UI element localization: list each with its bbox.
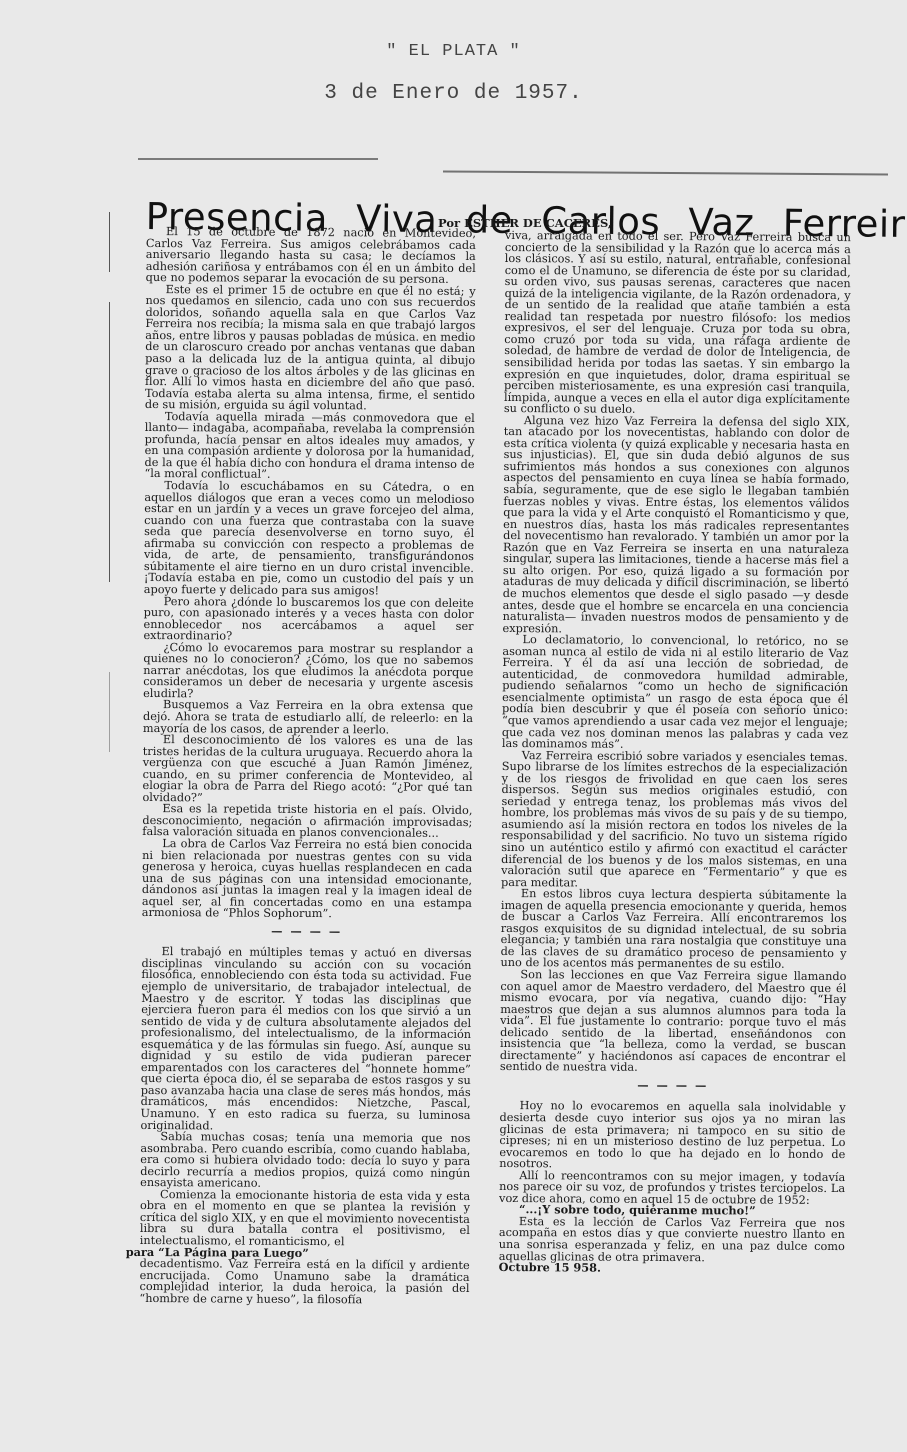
margin-mark <box>109 672 110 752</box>
paragraph: Sabía muchas cosas; tenía una memoria qu… <box>140 1131 470 1191</box>
paragraph: decadentismo. Vaz Ferreira está en la di… <box>139 1258 469 1306</box>
paragraph: Comienza la emocionante historia de esta… <box>140 1189 470 1249</box>
margin-mark <box>109 212 110 272</box>
paragraph: Todavía aquella mirada —más conmovedora … <box>144 411 474 482</box>
paragraph: Pero ahora ¿dónde lo buscaremos los que … <box>143 595 473 643</box>
paragraph: El trabajó en múltiples temas y actuó en… <box>140 946 471 1133</box>
top-rule-right <box>443 170 888 175</box>
article-signature-date: Octubre 15 958. <box>499 1262 845 1276</box>
paragraph: Este es el primer 15 de octubre en que é… <box>145 284 476 413</box>
paragraph: viva, arraigada en todo el ser. Pero Vaz… <box>504 230 851 417</box>
paragraph: Son las lecciones en que Vaz Ferreira si… <box>500 969 847 1075</box>
top-rule-left <box>138 158 378 160</box>
section-separator: — — — — <box>500 1079 846 1093</box>
paragraph: Busquemos a Vaz Ferreira en la obra exte… <box>143 699 473 736</box>
paragraph: Allí lo reencontramos con su mejor image… <box>499 1170 845 1207</box>
left-column: El 15 de octubre de 1872 nació en Montev… <box>139 226 476 1306</box>
newspaper-clipping: Presencia Viva de Carlos Vaz Ferreira Po… <box>108 152 898 1422</box>
paragraph: Esa es la repetida triste historia en el… <box>142 803 472 840</box>
paragraph: En estos libros cuya lectura despierta s… <box>500 888 846 971</box>
right-column: viva, arraigada en todo el ser. Pero Vaz… <box>499 230 851 1276</box>
paragraph: ¿Cómo lo evocaremos para mostrar su resp… <box>143 642 473 702</box>
paragraph: El 15 de octubre de 1872 nació en Montev… <box>146 226 476 286</box>
paragraph: Vaz Ferreira escribió sobre variados y e… <box>501 750 848 891</box>
paragraph: Lo declamatorio, lo convencional, lo ret… <box>502 634 849 752</box>
typed-header-date: 3 de Enero de 1957. <box>0 82 907 105</box>
paragraph: Todavía lo escuchábamos en su Cátedra, o… <box>144 480 475 597</box>
paragraph: La obra de Carlos Vaz Ferreira no está b… <box>142 838 472 921</box>
paragraph: El desconocimiento dé los valores es una… <box>142 734 472 805</box>
paragraph: Alguna vez hizo Vaz Ferreira la defensa … <box>503 415 850 637</box>
paragraph: Esta es la lección de Carlos Vaz Ferreir… <box>499 1216 845 1264</box>
section-separator: — — — — <box>142 925 472 939</box>
typed-header-newspaper: " EL PLATA " <box>0 42 907 61</box>
paragraph: Hoy no lo evocaremos en aquella sala ino… <box>499 1100 845 1171</box>
margin-mark <box>109 302 110 582</box>
